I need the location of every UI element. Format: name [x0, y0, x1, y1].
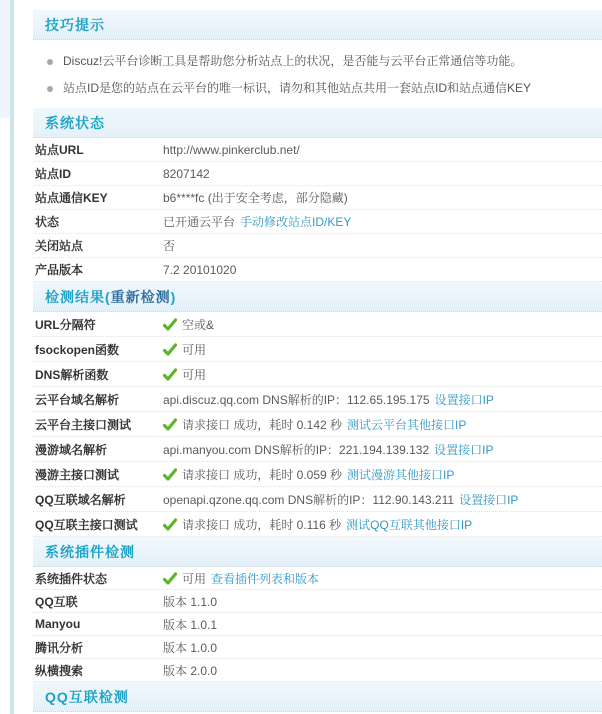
tip-text: 站点ID是您的站点在云平台的唯一标识，请勿和其他站点共用一套站点ID和站点通信K… [63, 75, 531, 102]
set-interface-ip-link[interactable]: 设置接口IP [435, 391, 494, 408]
table-row: 状态 已开通云平台 手动修改站点ID/KEY [33, 210, 602, 234]
tip-text: Discuz!云平台诊断工具是帮助您分析站点上的状况，是否能与云平台正常通信等功… [63, 48, 522, 75]
row-label: 站点ID [33, 165, 163, 182]
table-row: URL分隔符 空或& [33, 312, 602, 337]
row-label: 站点通信KEY [33, 189, 163, 206]
table-row: 系统插件状态 可用 查看插件列表和版本 [33, 567, 602, 590]
row-value: 已开通云平台 [163, 213, 235, 230]
table-row: QQ互联域名解析 openapi.qzone.qq.com DNS解析的IP：1… [33, 487, 602, 512]
row-value: 可用 [182, 341, 206, 358]
bullet-icon [47, 59, 53, 65]
row-label: QQ互联 [33, 593, 163, 610]
test-manyou-other-ip-link[interactable]: 测试漫游其他接口IP [347, 466, 454, 483]
table-row: QQ互联主接口测试 请求接口 成功，耗时 0.116 秒 测试QQ互联其他接口I… [33, 512, 602, 537]
table-row: DNS解析函数 可用 [33, 362, 602, 387]
table-row: 站点ID 8207142 [33, 162, 602, 186]
row-value: 版本 1.0.0 [163, 639, 217, 656]
list-item: 站点ID是您的站点在云平台的唯一标识，请勿和其他站点共用一套站点ID和站点通信K… [33, 75, 602, 102]
section-header-qq-detection: QQ互联检测 [33, 682, 602, 712]
row-value: 版本 1.0.1 [163, 616, 217, 633]
check-icon [163, 518, 177, 531]
table-row: 腾讯分析 版本 1.0.0 [33, 636, 602, 659]
detection-results-table: URL分隔符 空或& fsockopen函数 可用 DNS解析函数 可用 云平台… [33, 312, 602, 537]
row-label: Manyou [33, 617, 163, 631]
section-title: 系统插件检测 [45, 544, 135, 560]
row-value: 空或& [182, 316, 214, 333]
section-title: 技巧提示 [45, 17, 105, 33]
row-label: 关闭站点 [33, 237, 163, 254]
row-label: fsockopen函数 [33, 341, 163, 358]
tips-list: Discuz!云平台诊断工具是帮助您分析站点上的状况，是否能与云平台正常通信等功… [33, 40, 602, 108]
modify-site-id-key-link[interactable]: 手动修改站点ID/KEY [240, 213, 351, 230]
set-interface-ip-link[interactable]: 设置接口IP [434, 441, 493, 458]
section-header-tips: 技巧提示 [33, 10, 602, 40]
row-label: URL分隔符 [33, 316, 163, 333]
bullet-icon [47, 86, 53, 92]
test-qq-connect-other-ip-link[interactable]: 测试QQ互联其他接口IP [346, 516, 472, 533]
row-value: 7.2 20101020 [163, 263, 236, 277]
check-icon [163, 572, 177, 585]
check-icon [163, 468, 177, 481]
plugins-table: 系统插件状态 可用 查看插件列表和版本 QQ互联 版本 1.1.0 Manyou… [33, 567, 602, 682]
row-label: 站点URL [33, 141, 163, 158]
row-value: 请求接口 成功，耗时 0.116 秒 [182, 516, 341, 533]
check-icon [163, 418, 177, 431]
list-item: Discuz!云平台诊断工具是帮助您分析站点上的状况，是否能与云平台正常通信等功… [33, 48, 602, 75]
table-row: QQ互联 版本 1.1.0 [33, 590, 602, 613]
row-label: QQ互联主接口测试 [33, 516, 163, 533]
row-value: 可用 [182, 570, 206, 587]
row-label: 状态 [33, 213, 163, 230]
section-title: QQ互联检测 [45, 689, 129, 705]
row-value: 8207142 [163, 167, 210, 181]
section-header-system-plugins: 系统插件检测 [33, 537, 602, 567]
set-interface-ip-link[interactable]: 设置接口IP [459, 491, 518, 508]
row-value: api.manyou.com DNS解析的IP：221.194.139.132 [163, 441, 429, 458]
row-label: 产品版本 [33, 261, 163, 278]
table-row: Manyou 版本 1.0.1 [33, 613, 602, 636]
table-row: 漫游主接口测试 请求接口 成功，耗时 0.059 秒 测试漫游其他接口IP [33, 462, 602, 487]
table-row: 产品版本 7.2 20101020 [33, 258, 602, 282]
test-cloud-other-ip-link[interactable]: 测试云平台其他接口IP [347, 416, 466, 433]
row-value: api.discuz.qq.com DNS解析的IP：112.65.195.17… [163, 391, 430, 408]
row-label: 云平台域名解析 [33, 391, 163, 408]
section-header-system-status: 系统状态 [33, 108, 602, 138]
table-row: 云平台主接口测试 请求接口 成功，耗时 0.142 秒 测试云平台其他接口IP [33, 412, 602, 437]
recheck-link[interactable]: 重新检测 [111, 289, 171, 305]
check-icon [163, 318, 177, 331]
view-plugin-list-link[interactable]: 查看插件列表和版本 [211, 570, 319, 587]
system-status-table: 站点URL http://www.pinkerclub.net/ 站点ID 82… [33, 138, 602, 282]
row-label: 系统插件状态 [33, 570, 163, 587]
check-icon [163, 368, 177, 381]
section-title-suffix: ) [171, 289, 177, 305]
row-label: DNS解析函数 [33, 366, 163, 383]
table-row: 关闭站点 否 [33, 234, 602, 258]
table-row: 站点URL http://www.pinkerclub.net/ [33, 138, 602, 162]
section-title: 系统状态 [45, 115, 105, 131]
row-label: 漫游域名解析 [33, 441, 163, 458]
table-row: fsockopen函数 可用 [33, 337, 602, 362]
row-value: 可用 [182, 366, 206, 383]
table-row: 漫游域名解析 api.manyou.com DNS解析的IP：221.194.1… [33, 437, 602, 462]
row-label: 腾讯分析 [33, 639, 163, 656]
row-value: 版本 1.1.0 [163, 593, 217, 610]
check-icon [163, 343, 177, 356]
row-value: b6****fc (出于安全考虑，部分隐藏) [163, 189, 348, 206]
sidebar-divider [10, 0, 14, 714]
table-row: 站点通信KEY b6****fc (出于安全考虑，部分隐藏) [33, 186, 602, 210]
section-title: 检测结果( [45, 289, 111, 305]
table-row: 云平台域名解析 api.discuz.qq.com DNS解析的IP：112.6… [33, 387, 602, 412]
row-label: 漫游主接口测试 [33, 466, 163, 483]
row-value: http://www.pinkerclub.net/ [163, 143, 300, 157]
row-value: 版本 2.0.0 [163, 662, 217, 679]
row-value: 请求接口 成功，耗时 0.059 秒 [182, 466, 342, 483]
row-value: 请求接口 成功，耗时 0.142 秒 [182, 416, 342, 433]
table-row: 纵横搜索 版本 2.0.0 [33, 659, 602, 682]
row-value: openapi.qzone.qq.com DNS解析的IP：112.90.143… [163, 491, 454, 508]
row-label: QQ互联域名解析 [33, 491, 163, 508]
section-header-detection-results: 检测结果(重新检测) [33, 282, 602, 312]
row-label: 纵横搜索 [33, 662, 163, 679]
sidebar-edge-panel [0, 0, 10, 118]
row-value: 否 [163, 237, 175, 254]
row-label: 云平台主接口测试 [33, 416, 163, 433]
main-content: 技巧提示 Discuz!云平台诊断工具是帮助您分析站点上的状况，是否能与云平台正… [33, 0, 602, 712]
